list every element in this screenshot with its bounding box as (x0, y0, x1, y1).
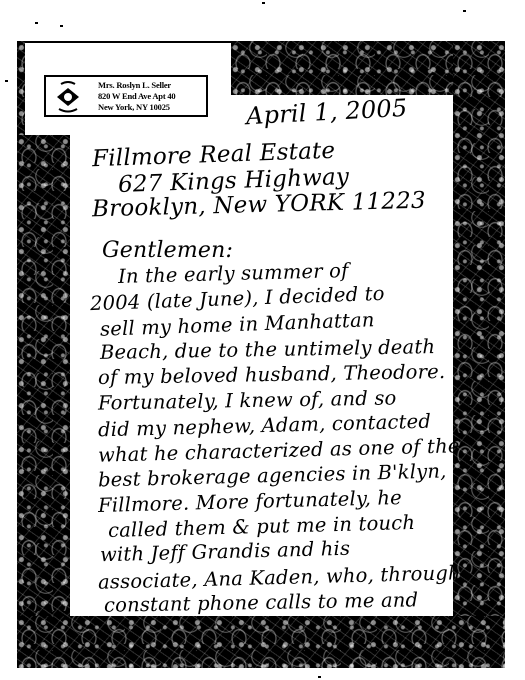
scan-speck (60, 25, 63, 27)
scan-speck (463, 10, 466, 12)
scan-speck (318, 676, 321, 678)
scan-speck (262, 2, 265, 4)
return-address-text: Mrs. Roslyn L. Seller 820 W End Ave Apt … (98, 80, 175, 113)
return-address-name: Mrs. Roslyn L. Seller (98, 80, 175, 91)
border-left-ornament (17, 135, 70, 668)
circular-seal-logo-icon (52, 80, 84, 114)
return-address-city: New York, NY 10025 (98, 102, 175, 113)
border-bottom-ornament (17, 616, 505, 668)
scan-speck (35, 22, 38, 24)
letter-body-line: Fortunately, I knew of, and so (98, 386, 397, 414)
salutation: Gentlemen: (102, 238, 233, 263)
return-address-street: 820 W End Ave Apt 40 (98, 91, 175, 102)
return-address-label: Mrs. Roslyn L. Seller 820 W End Ave Apt … (44, 75, 208, 117)
border-left-top-strip (17, 41, 25, 135)
scan-speck (5, 80, 8, 82)
paper-top-edge (25, 41, 231, 43)
